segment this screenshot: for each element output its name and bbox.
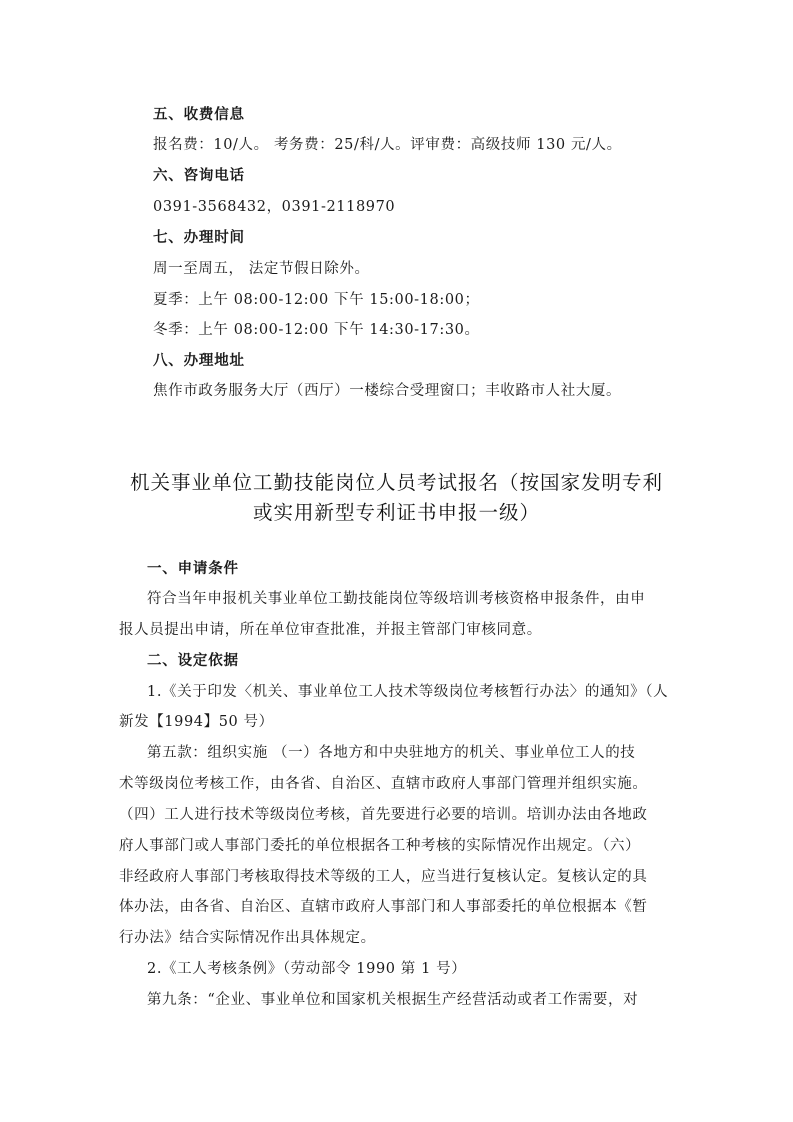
- article5-line: （四）工人进行技术等级岗位考核，首先要进行必要的培训。培训办法由各地政: [119, 805, 648, 825]
- basis-item-1: 1.《关于印发〈机关、事业单位工人技术等级岗位考核暂行办法〉的通知》（人: [147, 682, 668, 702]
- conditions-line: 符合当年申报机关事业单位工勤技能岗位等级培训考核资格申报条件，由申: [147, 589, 645, 609]
- article5-line: 非经政府人事部门考核取得技术等级的工人，应当进行复核认定。复核认定的具: [119, 867, 648, 887]
- hours-line: 周一至周五， 法定节假日除外。: [153, 259, 370, 279]
- address-text: 焦作市政务服务大厅（西厅）一楼综合受理窗口；丰收路市人社大厦。: [153, 381, 621, 401]
- article5-line: 第五款：组织实施 （一）各地方和中央驻地方的机关、事业单位工人的技: [147, 743, 635, 763]
- article5-line: 行办法》结合实际情况作出具体规定。: [119, 928, 376, 948]
- phone-text: 0391-3568432，0391-2118970: [153, 197, 395, 217]
- conditions-line: 报人员提出申请，所在单位审查批准，并报主管部门审核同意。: [119, 620, 542, 640]
- phone-heading: 六、咨询电话: [153, 166, 245, 186]
- fee-heading: 五、收费信息: [153, 105, 245, 125]
- article5-line: 体办法，由各省、自治区、直辖市政府人事部门和人事部委托的单位根据本《暂: [119, 897, 648, 917]
- address-heading: 八、办理地址: [153, 351, 245, 371]
- basis-heading: 二、设定依据: [147, 651, 239, 671]
- basis-item-1: 新发【1994】50 号）: [119, 712, 274, 732]
- conditions-heading: 一、申请条件: [147, 559, 239, 579]
- article5-line: 术等级岗位考核工作，由各省、自治区、直辖市政府人事部门管理并组织实施。: [119, 774, 648, 794]
- hours-heading: 七、办理时间: [153, 228, 245, 248]
- fee-text: 报名费：10/人。 考务费：25/科/人。评审费：高级技师 130 元/人。: [153, 135, 622, 155]
- article9-line: 第九条：“企业、事业单位和国家机关根据生产经营活动或者工作需要，对: [147, 990, 638, 1010]
- basis-item-2: 2.《工人考核条例》（劳动部令 1990 第 1 号）: [147, 959, 466, 979]
- section-title-line-2: 或实用新型专利证书申报一级）: [0, 499, 793, 527]
- article5-line: 府人事部门或人事部门委托的单位根据各工种考核的实际情况作出规定。（六）: [119, 836, 640, 856]
- section-title-line-1: 机关事业单位工勤技能岗位人员考试报名（按国家发明专利: [0, 469, 793, 497]
- hours-line: 冬季：上午 08:00-12:00 下午 14:30-17:30。: [153, 320, 480, 340]
- hours-line: 夏季：上午 08:00-12:00 下午 15:00-18:00；: [153, 290, 480, 310]
